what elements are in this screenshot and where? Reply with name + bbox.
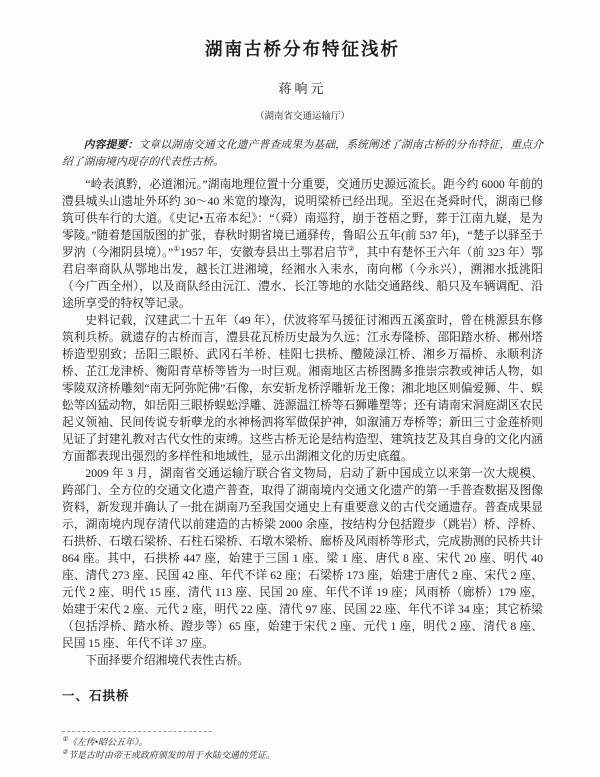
page-title: 湖南古桥分布特征浅析: [62, 36, 543, 61]
paragraph-text: 史料记载，汉建武二十五年（49 年），伏波将军马援征讨湘西五溪蛮时，曾在桃源县东…: [62, 314, 543, 463]
abstract: 内容提要：文章以湖南交通文化遗产普查成果为基础，系统阐述了湖南古桥的分布特征，重…: [62, 137, 543, 171]
footnote-item: ①《左传•昭公五年》。: [62, 736, 543, 749]
footnote-separator: [62, 731, 212, 732]
footnote-list: ①《左传•昭公五年》。②节是古时由帝王或政府颁发的用于水陆交通的凭证。: [62, 736, 543, 762]
body-paragraphs: “岭表滇黔，必道湘沅。”湖南地理位置十分重要，交通历史源远流长。距今约 6000…: [62, 176, 543, 669]
paragraph-text: 下面择要介绍湘境代表性古桥。: [85, 654, 249, 667]
paragraph: 2009 年 3 月，湖南省交通运输厅联合省文物局，启动了新中国成立以来第一次大…: [62, 465, 543, 652]
document-page: 湖南古桥分布特征浅析 蒋响元 （湖南省交通运输厅） 内容提要：文章以湖南交通文化…: [0, 0, 600, 777]
footnote-text: 《左传•昭公五年》。: [68, 737, 148, 747]
author-name: 蒋响元: [62, 78, 543, 97]
paragraph-text: 1957 年，安徽寿县出土鄂君启节: [180, 246, 348, 259]
footnote-item: ②节是古时由帝王或政府颁发的用于水陆交通的凭证。: [62, 749, 543, 762]
paragraph-text: 2009 年 3 月，湖南省交通运输厅联合省文物局，启动了新中国成立以来第一次大…: [62, 467, 543, 650]
document-content: 湖南古桥分布特征浅析 蒋响元 （湖南省交通运输厅） 内容提要：文章以湖南交通文化…: [0, 0, 600, 704]
paragraph: 史料记载，汉建武二十五年（49 年），伏波将军马援征讨湘西五溪蛮时，曾在桃源县东…: [62, 312, 543, 465]
section-heading-stone-arch-bridge: 一、石拱桥: [62, 686, 543, 704]
paragraph: “岭表滇黔，必道湘沅。”湖南地理位置十分重要，交通历史源远流长。距今约 6000…: [62, 176, 543, 312]
footnote-ref: ②: [348, 244, 355, 253]
footnote-text: 节是古时由帝王或政府颁发的用于水陆交通的凭证。: [68, 750, 275, 760]
footnote-area: ①《左传•昭公五年》。②节是古时由帝王或政府颁发的用于水陆交通的凭证。: [62, 731, 543, 762]
author-affiliation: （湖南省交通运输厅）: [62, 108, 543, 122]
abstract-label: 内容提要：: [84, 139, 139, 151]
paragraph: 下面择要介绍湘境代表性古桥。: [62, 652, 543, 669]
